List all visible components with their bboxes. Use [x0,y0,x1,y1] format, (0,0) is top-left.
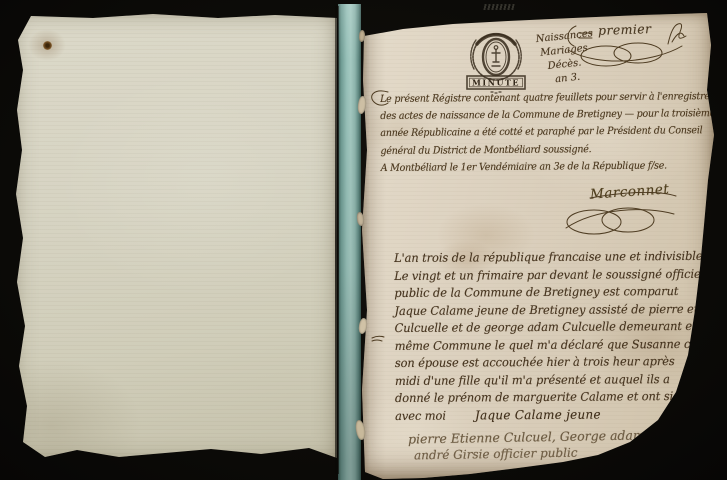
officer-signature: andré Girsie officier public [414,446,578,463]
register-statement-line: année Républicaine a été cotté et paraph… [380,123,699,143]
birth-act-line: Le vingt et un frimaire par devant le so… [394,265,705,285]
birth-act-line: même Commune le quel m'a déclaré que Sus… [395,335,706,355]
right-manuscript-page: MINUTE Naissances Mariages Décès. an 3. … [358,10,718,480]
binding-cloth [338,4,361,480]
stamp-banner-label: MINUTE [472,78,520,88]
birth-act-closing: avec moi [395,408,446,422]
archival-book-scan: MINUTE Naissances Mariages Décès. an 3. … [0,0,727,480]
birth-act-line: son épouse est accouchée hier à trois he… [395,353,706,373]
gutter-shadow [335,6,339,474]
register-statement: Le présent Régistre contenant quatre feu… [380,88,700,177]
register-statement-dateline: A Montbéliard le 1er Vendémiaire an 3e d… [381,157,700,177]
birth-act-line: Jaque Calame jeune de Bretigney assisté … [394,300,705,320]
left-blank-page [13,12,337,462]
birth-act-line: midi d'une fille qu'il m'a présenté et a… [395,370,706,390]
top-edge-print-fragment [483,4,514,10]
declarant-signature: Jaque Calame jeune [475,406,601,424]
series-note: premier [598,21,652,38]
birth-act: L'an trois de la république francaise un… [394,248,706,425]
birth-act-line: L'an trois de la république francaise un… [394,248,705,268]
birth-act-line: donné le prénom de marguerite Calame et … [395,388,706,408]
signature-paraph-flourish [562,192,682,244]
birth-act-line: Culcuelle et de george adam Culcuelle de… [394,318,705,338]
fox-spot [43,41,52,50]
margin-mark [370,332,386,344]
witness-signatures: pierre Etienne Culcuel, George adam Culc… [408,426,697,446]
liberty-figure-icon [492,46,500,66]
minute-stamp: MINUTE [461,24,533,96]
birth-act-line: public de la Commune de Bretigney est co… [394,283,705,303]
birth-act-closing-line: avec moiJaque Calame jeune [395,405,706,425]
